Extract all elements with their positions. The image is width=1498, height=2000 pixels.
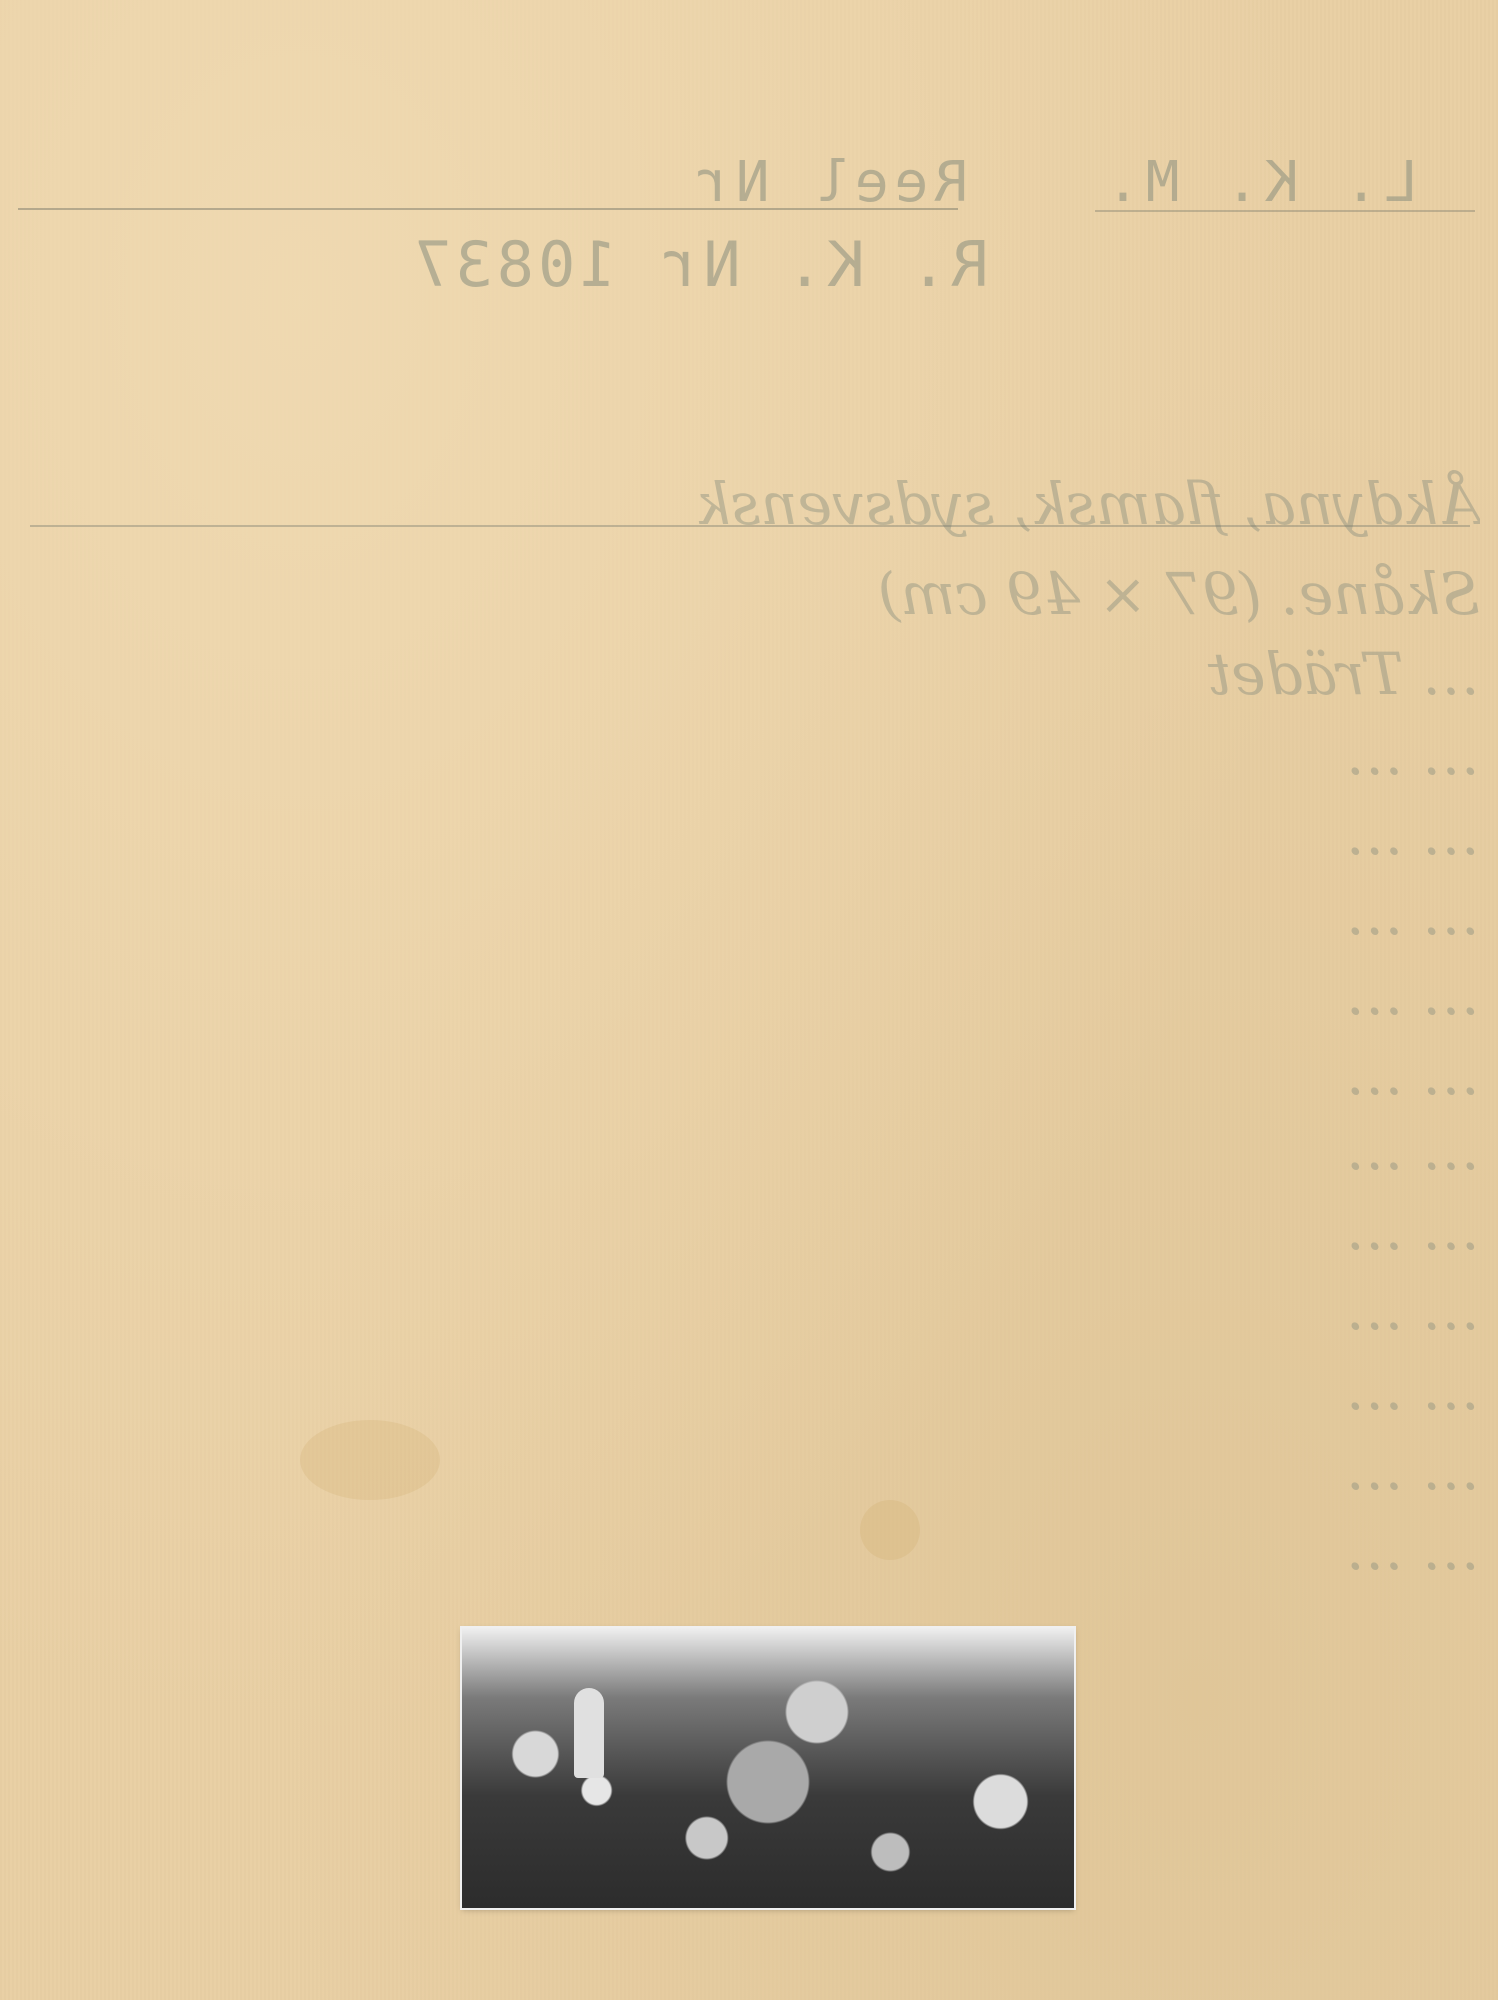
note-line: … … bbox=[20, 1275, 1480, 1343]
note-line: … … bbox=[20, 800, 1480, 868]
note-line: … … bbox=[20, 1115, 1480, 1183]
note-line: … Trädet bbox=[20, 640, 1480, 708]
note-line: … … bbox=[20, 720, 1480, 788]
note-line: Skåne. (97 × 49 cm) bbox=[20, 560, 1480, 628]
title-underline bbox=[30, 525, 1470, 527]
note-line: … … bbox=[20, 1435, 1480, 1503]
header-divider bbox=[18, 208, 958, 210]
note-line: … … bbox=[20, 1515, 1480, 1583]
human-figure-motif bbox=[574, 1688, 604, 1778]
note-line: … … bbox=[20, 1040, 1480, 1108]
record-number: 10837 bbox=[410, 228, 617, 301]
header-divider bbox=[1095, 210, 1475, 212]
note-line: … … bbox=[20, 1195, 1480, 1263]
textile-photo bbox=[462, 1628, 1074, 1908]
note-line: … … bbox=[20, 960, 1480, 1028]
note-line: Åkdyna, flamsk, sydsvensk bbox=[20, 470, 1480, 538]
note-line: … … bbox=[20, 1355, 1480, 1423]
reel-label: Reel Nr bbox=[690, 150, 968, 215]
archive-code: L. K. M. bbox=[1100, 150, 1418, 215]
note-line: … … bbox=[20, 880, 1480, 948]
record-label: R. K. Nr bbox=[658, 228, 989, 301]
record-number-line: R. K. Nr 10837 bbox=[410, 228, 989, 301]
